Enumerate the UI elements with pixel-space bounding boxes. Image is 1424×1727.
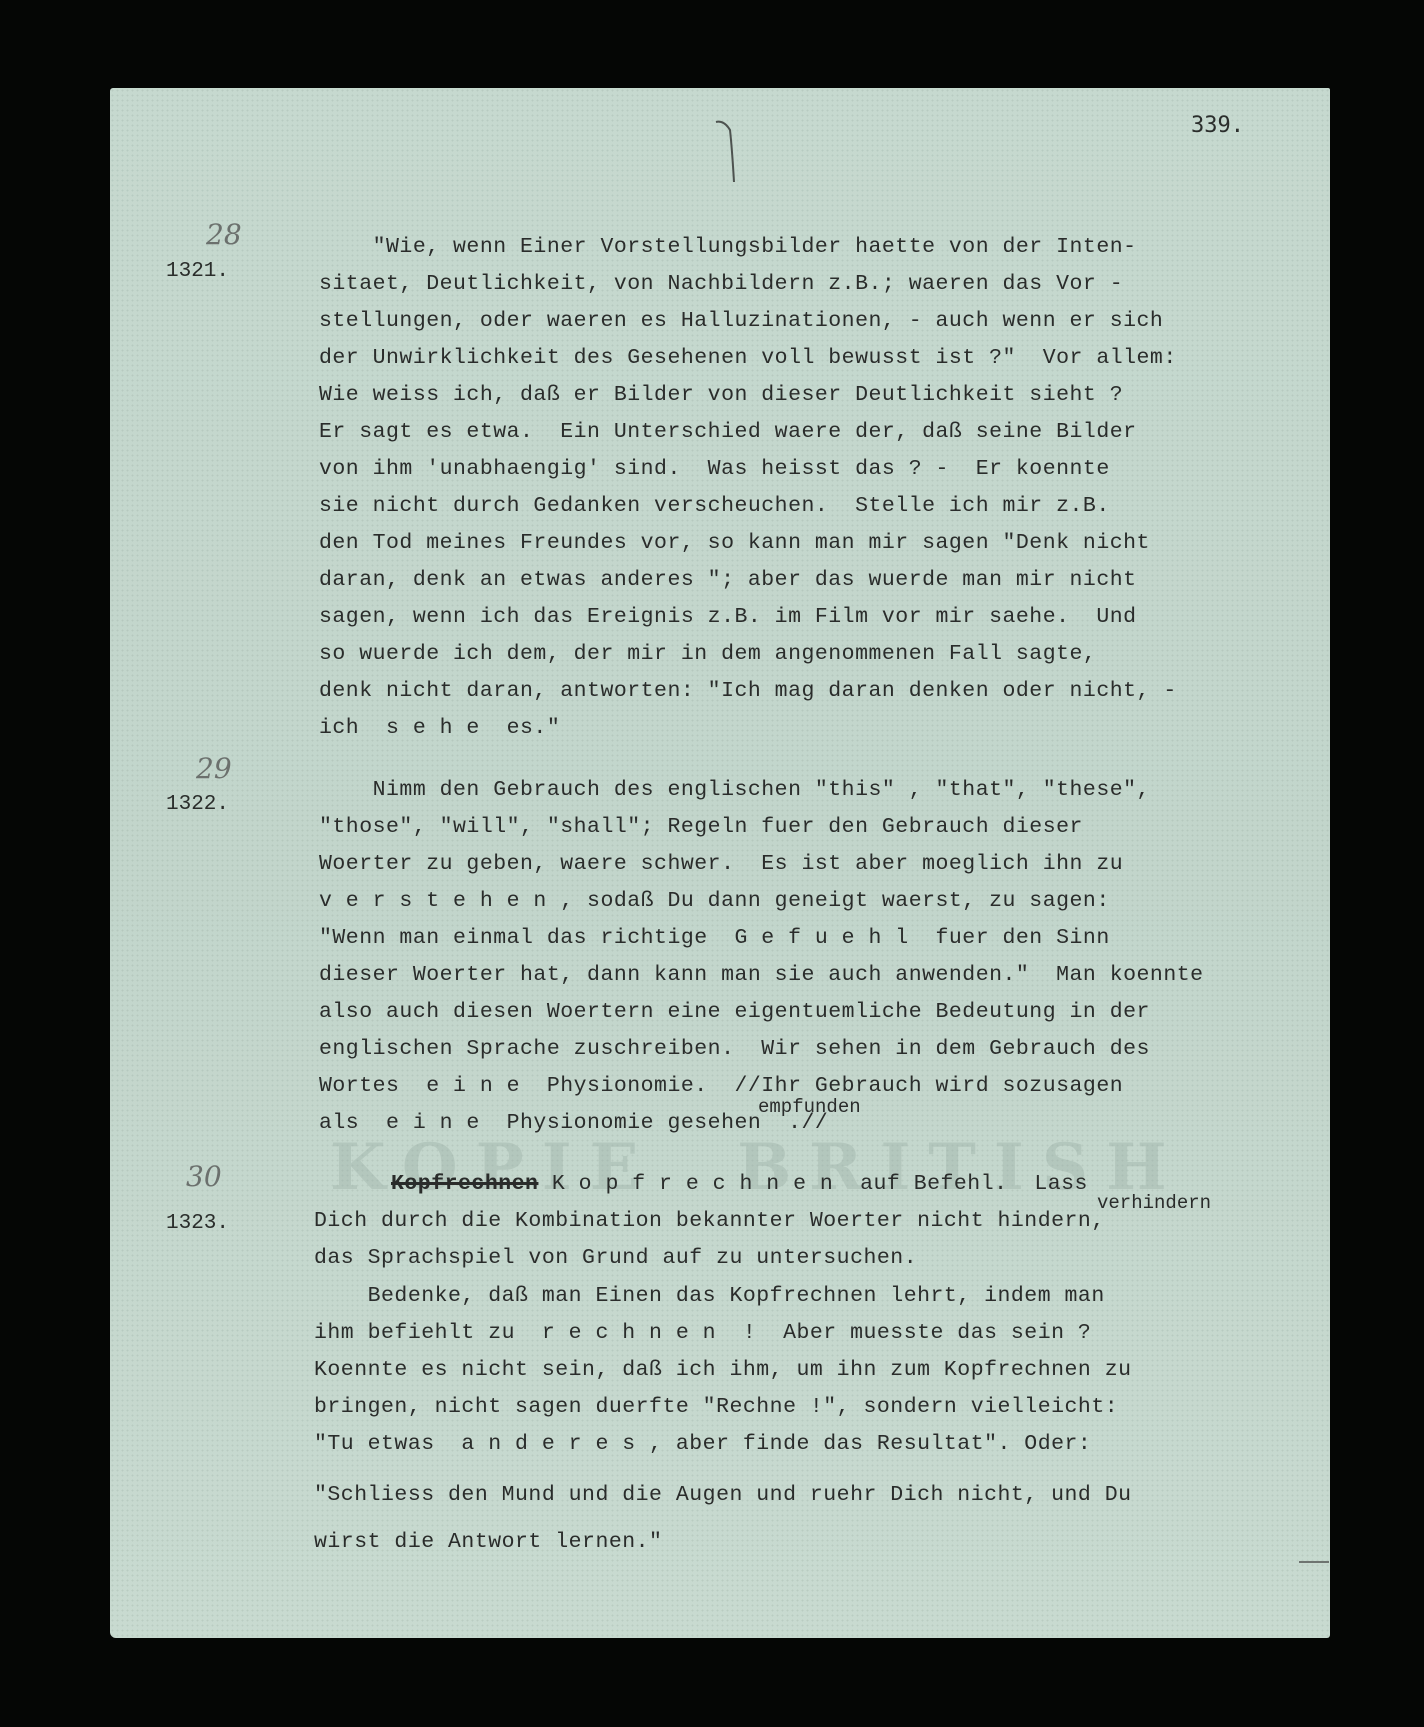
text-line: das Sprachspiel von Grund auf zu untersu… [314, 1246, 917, 1270]
page-number: 339. [1191, 113, 1244, 138]
text-line: stellungen, oder waeren es Halluzination… [319, 309, 1163, 333]
text-line: "Schliess den Mund und die Augen und rue… [314, 1483, 1132, 1507]
text-line: Dich durch die Kombination bekannter Woe… [314, 1209, 1105, 1233]
text-line: v e r s t e h e n , sodaß Du dann geneig… [319, 889, 1110, 913]
struck-out-word: Kopfrechnen [391, 1172, 538, 1196]
text-line: bringen, nicht sagen duerfte "Rechne !",… [314, 1395, 1118, 1419]
text-line: wirst die Antwort lernen." [314, 1530, 662, 1554]
pencil-remark-index: 29 [196, 752, 232, 785]
text-line: Woerter zu geben, waere schwer. Es ist a… [319, 852, 1123, 876]
text-line: als e i n e Physionomie gesehen .// [319, 1111, 828, 1135]
text-line: dieser Woerter hat, dann kann man sie au… [319, 963, 1204, 987]
text-line: Koennte es nicht sein, daß ich ihm, um i… [314, 1358, 1132, 1382]
text-line: ihm befiehlt zu r e c h n e n ! Aber mue… [314, 1321, 1091, 1345]
text-line: "Wie, wenn Einer Vorstellungsbilder haet… [319, 235, 1137, 259]
text-line: daran, denk an etwas anderes "; aber das… [319, 568, 1137, 592]
remark-number: 1323. [166, 1212, 229, 1235]
text-line: denk nicht daran, antworten: "Ich mag da… [319, 679, 1177, 703]
text-line: also auch diesen Woertern eine eigentuem… [319, 1000, 1150, 1024]
text-line: der Unwirklichkeit des Gesehenen voll be… [319, 346, 1177, 370]
text-line: sie nicht durch Gedanken verscheuchen. S… [319, 494, 1110, 518]
pencil-remark-index: 28 [206, 218, 242, 251]
text-line: Kopfrechnen K o p f r e c h n e n auf Be… [391, 1172, 1088, 1196]
text-line: den Tod meines Freundes vor, so kann man… [319, 531, 1150, 555]
text-line: ich s e h e es." [319, 716, 560, 740]
text-line: so wuerde ich dem, der mir in dem angeno… [319, 642, 1096, 666]
text-line: "Tu etwas a n d e r e s , aber finde das… [314, 1432, 1091, 1456]
text-line: sitaet, Deutlichkeit, von Nachbildern z.… [319, 272, 1123, 296]
pencil-mark-top [714, 118, 744, 184]
remark-number: 1322. [166, 793, 229, 816]
margin-dash-mark [1299, 1561, 1329, 1563]
text-line: Wie weiss ich, daß er Bilder von dieser … [319, 383, 1123, 407]
interlinear-insertion: verhindern [1097, 1192, 1211, 1214]
remark-number: 1321. [166, 260, 229, 283]
text-line: von ihm 'unabhaengig' sind. Was heisst d… [319, 457, 1110, 481]
text-line: sagen, wenn ich das Ereignis z.B. im Fil… [319, 605, 1137, 629]
text-line: Wortes e i n e Physionomie. //Ihr Gebrau… [319, 1074, 1123, 1098]
text-line: "those", "will", "shall"; Regeln fuer de… [319, 815, 1083, 839]
text-line: "Wenn man einmal das richtige G e f u e … [319, 926, 1110, 950]
text-line: englischen Sprache zuschreiben. Wir sehe… [319, 1037, 1150, 1061]
text-line: Bedenke, daß man Einen das Kopfrechnen l… [314, 1284, 1105, 1308]
text-fragment: K o p f r e c h n e n auf Befehl. Lass [538, 1172, 1088, 1196]
text-line: Er sagt es etwa. Ein Unterschied waere d… [319, 420, 1137, 444]
text-line: Nimm den Gebrauch des englischen "this" … [319, 778, 1150, 802]
pencil-remark-index: 30 [186, 1160, 222, 1193]
